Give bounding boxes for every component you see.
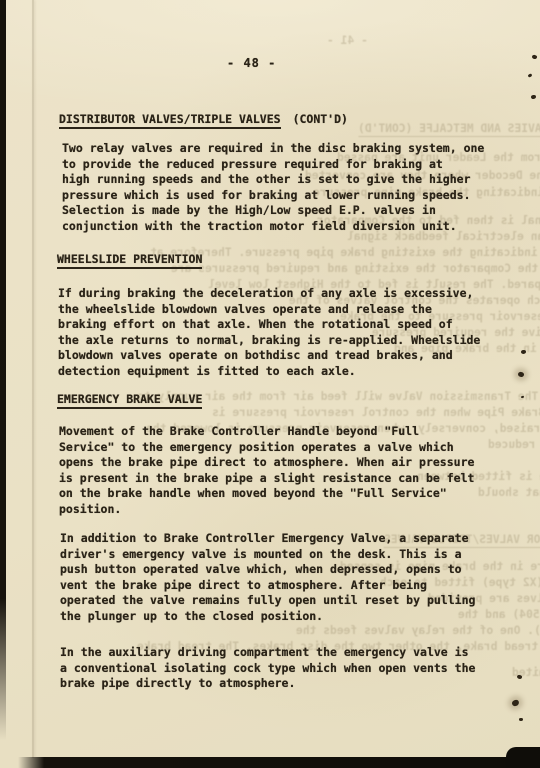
paragraph: In the auxiliary driving compartment the… (60, 645, 475, 692)
section-heading-text: WHEELSLIDE PREVENTION (57, 252, 202, 269)
bleedthrough-line: DAVIES AND METCALFE (CONT'D) (358, 122, 540, 137)
binding-hole-mark (511, 699, 520, 707)
section-heading: WHEELSLIDE PREVENTION (57, 252, 202, 269)
paragraph: In addition to Brake Controller Emergenc… (60, 531, 475, 624)
binding-hole-mark (531, 95, 536, 99)
paragraph: Movement of the Brake Controller Handle … (59, 424, 474, 517)
bleedthrough-line: the Comparator the existing and required… (171, 262, 538, 275)
bleedthrough-line: Brake Pipe pressure is reduced (488, 438, 540, 451)
paper-fold-line (32, 0, 34, 758)
section-heading-suffix: (CONT'D) (293, 112, 348, 126)
binding-hole-mark (532, 54, 538, 59)
section-heading-text: DISTRIBUTOR VALVES/TRIPLE VALVES (59, 112, 281, 129)
binding-hole-mark (517, 371, 524, 378)
bleedthrough-line: No.505). One of the relay valves feeds t… (296, 624, 540, 637)
page-number: - 48 - (227, 56, 276, 70)
paragraph: Two relay valves are required in the dis… (62, 141, 484, 234)
bleedthrough-line: indicating the existing brake pipe press… (150, 246, 538, 259)
scan-edge-corner (506, 747, 540, 768)
scan-edge-bottom (18, 757, 540, 768)
bleedthrough-line: the Brake Pipe when the control reservoi… (212, 406, 540, 419)
scanned-page: - 41 -DAVIES AND METCALFE (CONT'D)Signal… (0, 0, 540, 768)
binding-hole-mark (528, 73, 533, 78)
section-heading-text: EMERGENCY BRAKE VALVE (57, 392, 202, 409)
binding-hole-mark (519, 718, 523, 721)
section-heading: EMERGENCY BRAKE VALVE (57, 392, 202, 409)
bleedthrough-line: both power cars so that should (478, 486, 540, 499)
paragraph: If during braking the deceleration of an… (58, 286, 480, 379)
scan-edge-left (0, 0, 6, 748)
bleedthrough-line: - 41 - (327, 34, 368, 47)
section-heading: DISTRIBUTOR VALVES/TRIPLE VALVES(CONT'D) (59, 112, 348, 129)
